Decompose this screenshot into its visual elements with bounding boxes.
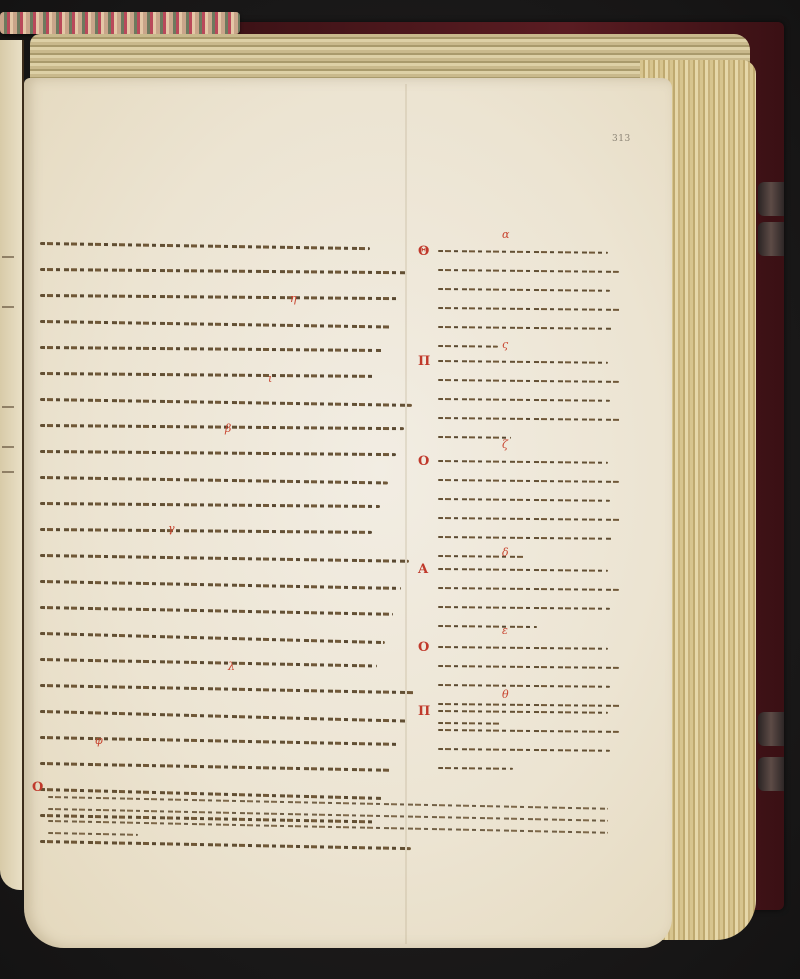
rubric-mark: ε bbox=[502, 624, 508, 637]
rubric-mark: α bbox=[502, 228, 509, 241]
headband bbox=[0, 12, 240, 34]
red-initial: Ο bbox=[418, 454, 429, 469]
red-initial: Θ bbox=[418, 244, 429, 259]
text-line bbox=[40, 294, 399, 300]
text-line bbox=[438, 587, 619, 591]
text-line bbox=[438, 379, 619, 383]
text-line bbox=[48, 820, 608, 834]
rubric-mark: φ bbox=[95, 734, 103, 747]
text-line bbox=[438, 536, 612, 540]
text-line bbox=[438, 568, 608, 572]
text-line bbox=[40, 554, 409, 563]
text-line bbox=[40, 346, 383, 352]
text-line bbox=[438, 646, 608, 650]
red-initial: Ο bbox=[32, 780, 43, 795]
scholion-block: Οζ bbox=[412, 460, 632, 574]
text-line bbox=[40, 320, 391, 329]
text-line bbox=[40, 242, 370, 250]
clasp-strap bbox=[758, 222, 784, 256]
text-line bbox=[40, 450, 396, 456]
text-line bbox=[40, 658, 377, 667]
text-line bbox=[40, 268, 407, 274]
text-line bbox=[438, 326, 612, 330]
rubric-mark: δ bbox=[502, 546, 509, 559]
rubric-mark: ι bbox=[268, 372, 272, 385]
facing-page-edge bbox=[0, 40, 24, 890]
text-line bbox=[438, 360, 608, 364]
text-line bbox=[40, 736, 398, 746]
rubric-mark: γ bbox=[168, 522, 175, 535]
text-line bbox=[438, 517, 621, 521]
clasp-strap bbox=[758, 182, 784, 216]
text-line bbox=[48, 808, 608, 822]
folio-number: 313 bbox=[612, 134, 631, 144]
text-line bbox=[48, 832, 138, 836]
text-line bbox=[40, 424, 404, 430]
scholion-block: Πθ bbox=[412, 710, 632, 786]
text-line bbox=[40, 762, 390, 772]
rubric-mark: ζ bbox=[502, 438, 508, 451]
text-line bbox=[40, 476, 388, 484]
text-line bbox=[438, 307, 621, 311]
text-line bbox=[48, 796, 608, 810]
text-line bbox=[438, 710, 608, 714]
text-line bbox=[438, 436, 511, 439]
text-line bbox=[438, 684, 610, 688]
text-line bbox=[40, 528, 372, 534]
text-line bbox=[438, 703, 621, 707]
text-line bbox=[438, 767, 513, 770]
clasp-strap bbox=[758, 712, 784, 746]
text-line bbox=[438, 729, 619, 733]
text-line bbox=[438, 665, 619, 669]
clasp-strap bbox=[758, 757, 784, 791]
rubric-mark: λ bbox=[228, 660, 235, 673]
red-initial: Π bbox=[418, 704, 430, 719]
main-text-column bbox=[40, 242, 415, 866]
text-line bbox=[40, 398, 412, 407]
text-line bbox=[438, 269, 619, 273]
text-line bbox=[438, 498, 610, 502]
text-line bbox=[438, 345, 498, 348]
red-initial: Α bbox=[418, 562, 428, 577]
rubric-mark: β bbox=[225, 422, 231, 435]
rubric-mark: η bbox=[290, 292, 297, 305]
text-line bbox=[438, 288, 610, 292]
scholion-block: Θα bbox=[412, 250, 632, 364]
red-initial: Ο bbox=[418, 640, 429, 655]
text-line bbox=[438, 748, 610, 752]
text-line bbox=[438, 250, 608, 254]
text-line bbox=[40, 502, 380, 508]
text-line bbox=[40, 606, 393, 616]
text-line bbox=[40, 710, 406, 723]
scholion-block: Πς bbox=[412, 360, 632, 455]
text-line bbox=[438, 417, 621, 421]
text-line bbox=[438, 479, 619, 483]
text-line bbox=[40, 372, 375, 378]
text-line bbox=[40, 632, 385, 644]
text-line bbox=[438, 555, 524, 558]
text-line bbox=[438, 460, 608, 464]
bottom-marginal-note: Ο bbox=[34, 788, 619, 844]
text-line bbox=[438, 625, 537, 628]
scholion-block: Αδ bbox=[412, 568, 632, 644]
red-initial: Π bbox=[418, 354, 430, 369]
text-line bbox=[40, 580, 401, 590]
text-line bbox=[40, 684, 414, 694]
rubric-mark: θ bbox=[502, 688, 509, 701]
text-line bbox=[438, 398, 610, 402]
rubric-mark: ς bbox=[502, 338, 508, 351]
text-line bbox=[438, 606, 610, 610]
